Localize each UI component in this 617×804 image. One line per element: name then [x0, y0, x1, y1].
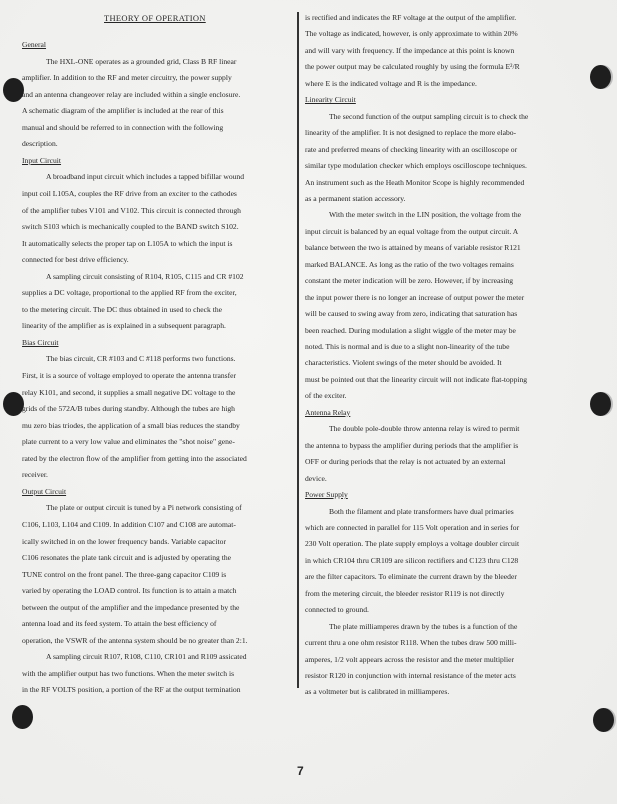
- text-line: Both the filament and plate transformers…: [329, 507, 514, 517]
- punch-hole-icon: [12, 705, 33, 729]
- text-line: of the amplifier tubes V101 and V102. Th…: [22, 206, 241, 216]
- text-line: 230 Volt operation. The plate supply emp…: [305, 539, 519, 549]
- text-line: C106 resonates the plate tank circuit an…: [22, 553, 231, 563]
- text-line: mu zero bias triodes, the application of…: [22, 421, 240, 431]
- text-line: must be pointed out that the linearity c…: [305, 375, 527, 385]
- text-line: rate and preferred means of checking lin…: [305, 145, 517, 155]
- text-line: which are connected in parallel for 115 …: [305, 523, 519, 533]
- column-divider: [297, 12, 299, 688]
- text-line: as a permanent station accessory.: [305, 194, 406, 204]
- text-line: ically switched in on the lower frequenc…: [22, 537, 226, 547]
- text-line: and an antenna changeover relay are incl…: [22, 90, 240, 100]
- text-line: device.: [305, 474, 327, 484]
- text-line: The bias circuit, CR #103 and C #118 per…: [46, 354, 236, 364]
- punch-hole-icon: [3, 392, 24, 416]
- section-heading: General: [22, 40, 46, 50]
- text-line: from the metering circuit, the bleeder r…: [305, 589, 504, 599]
- text-line: linearity of the amplifier. It is not de…: [305, 128, 516, 138]
- text-line: marked BALANCE. As long as the ratio of …: [305, 260, 514, 270]
- text-line: First, it is a source of voltage employe…: [22, 371, 236, 381]
- text-line: The plate milliamperes drawn by the tube…: [329, 622, 517, 632]
- text-line: TUNE control on the front panel. The thr…: [22, 570, 226, 580]
- text-line: A broadband input circuit which includes…: [46, 172, 244, 182]
- text-line: the input power there is no longer an in…: [305, 293, 524, 303]
- text-line: relay K101, and second, it supplies a sm…: [22, 388, 235, 398]
- text-line: current thru a one ohm resistor R118. Wh…: [305, 638, 517, 648]
- text-line: It automatically selects the proper tap …: [22, 239, 232, 249]
- text-line: with the amplifier output has two functi…: [22, 669, 234, 679]
- punch-hole-icon: [590, 392, 611, 416]
- text-line: plate current to a very low value and el…: [22, 437, 235, 447]
- text-line: the antenna to bypass the amplifier duri…: [305, 441, 518, 451]
- text-line: similar type modulation checker which em…: [305, 161, 527, 171]
- section-heading: Output Circuit: [22, 487, 66, 497]
- text-line: rated by the electron flow of the amplif…: [22, 454, 247, 464]
- text-line: The double pole-double throw antenna rel…: [329, 424, 519, 434]
- text-line: A sampling circuit consisting of R104, R…: [46, 272, 244, 282]
- text-line: amperes, 1/2 volt appears across the res…: [305, 655, 514, 665]
- text-line: OFF or during periods that the relay is …: [305, 457, 505, 467]
- text-line: linearity of the amplifier as is explain…: [22, 321, 226, 331]
- text-line: receiver.: [22, 470, 48, 480]
- text-line: constant the meter indication will be ze…: [305, 276, 513, 286]
- text-line: varied by operating the LOAD control. It…: [22, 586, 236, 596]
- text-line: amplifier. In addition to the RF and met…: [22, 73, 232, 83]
- text-line: description.: [22, 139, 58, 149]
- text-line: operation, the VSWR of the antenna syste…: [22, 636, 248, 646]
- text-line: C106, L103, L104 and C109. In addition C…: [22, 520, 236, 530]
- text-line: and will vary with frequency. If the imp…: [305, 46, 514, 56]
- text-line: grids of the 572A/B tubes during standby…: [22, 404, 235, 414]
- document-page: THEORY OF OPERATION GeneralThe HXL-ONE o…: [0, 0, 617, 804]
- text-line: switch S103 which is mechanically couple…: [22, 222, 239, 232]
- text-line: noted. This is normal and is due to a sl…: [305, 342, 509, 352]
- text-line: connected to ground.: [305, 605, 369, 615]
- section-heading: Input Circuit: [22, 156, 61, 166]
- text-line: to the metering circuit. The DC thus obt…: [22, 305, 222, 315]
- text-line: is rectified and indicates the RF voltag…: [305, 13, 516, 23]
- text-line: The voltage as indicated, however, is on…: [305, 29, 518, 39]
- text-line: input coil L105A, couples the RF drive f…: [22, 189, 237, 199]
- text-line: of the exciter.: [305, 391, 347, 401]
- text-line: are the filter capacitors. To eliminate …: [305, 572, 517, 582]
- text-line: balance between the two is attained by m…: [305, 243, 521, 253]
- text-line: manual and should be referred to in conn…: [22, 123, 223, 133]
- page-number: 7: [297, 764, 304, 778]
- text-line: With the meter switch in the LIN positio…: [329, 210, 521, 220]
- text-line: A schematic diagram of the amplifier is …: [22, 106, 224, 116]
- text-line: will be caused to swing away from zero, …: [305, 309, 517, 319]
- section-heading: Linearity Circuit: [305, 95, 356, 105]
- section-heading: Bias Circuit: [22, 338, 59, 348]
- text-line: The HXL-ONE operates as a grounded grid,…: [46, 57, 236, 67]
- section-heading: Power Supply: [305, 490, 348, 500]
- section-heading: Antenna Relay: [305, 408, 350, 418]
- text-line: connected for best drive efficiency.: [22, 255, 129, 265]
- text-line: An instrument such as the Heath Monitor …: [305, 178, 524, 188]
- text-line: in which CR104 thru CR109 are silicon re…: [305, 556, 518, 566]
- punch-hole-icon: [590, 65, 611, 89]
- text-line: antenna load and its feed system. To att…: [22, 619, 216, 629]
- text-line: in the RF VOLTS position, a portion of t…: [22, 685, 241, 695]
- text-line: The plate or output circuit is tuned by …: [46, 503, 242, 513]
- text-line: the power output may be calculated rough…: [305, 62, 520, 72]
- text-line: input circuit is balanced by an equal vo…: [305, 227, 518, 237]
- punch-hole-icon: [593, 708, 614, 732]
- page-title: THEORY OF OPERATION: [104, 13, 206, 23]
- text-line: resistor R120 in conjunction with intern…: [305, 671, 516, 681]
- text-line: as a voltmeter but is calibrated in mill…: [305, 687, 449, 697]
- text-line: The second function of the output sampli…: [329, 112, 528, 122]
- text-line: A sampling circuit R107, R108, C110, CR1…: [46, 652, 247, 662]
- text-line: characteristics. Violent swings of the m…: [305, 358, 502, 368]
- punch-hole-icon: [3, 78, 24, 102]
- text-line: supplies a DC voltage, proportional to t…: [22, 288, 237, 298]
- text-line: where E is the indicated voltage and R i…: [305, 79, 477, 89]
- text-line: been reached. During modulation a slight…: [305, 326, 516, 336]
- text-line: between the output of the amplifier and …: [22, 603, 239, 613]
